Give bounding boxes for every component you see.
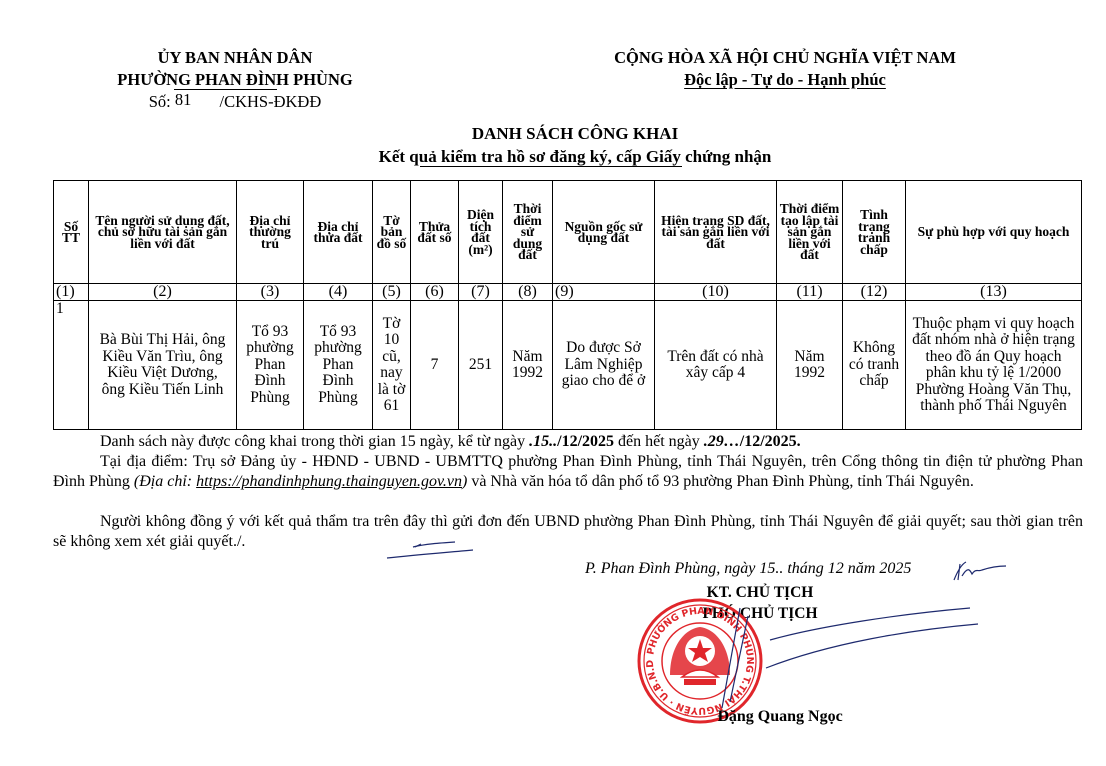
ref-code: /CKHS-ĐKĐĐ: [220, 92, 322, 111]
reference-number: Số: 81 /CKHS-ĐKĐĐ: [60, 91, 410, 113]
col-number: (8): [503, 284, 553, 301]
table-header-row: Số TT Tên người sử dụng đất, chủ sở hữu …: [54, 181, 1082, 284]
col-header-current-status: Hiện trạng SD đất, tài sản gắn liền với …: [655, 181, 777, 284]
document-title-block: DANH SÁCH CÔNG KHAI Kết quả kiểm tra hồ …: [200, 122, 950, 168]
cell-owner: Bà Bùi Thị Hải, ông Kiều Văn Trìu, ông K…: [89, 301, 237, 430]
notice-duration: Danh sách này được công khai trong thời …: [53, 432, 1083, 452]
ref-number: 81: [175, 90, 192, 109]
national-header: CỘNG HÒA XÃ HỘI CHỦ NGHĨA VIỆT NAM Độc l…: [570, 47, 1000, 91]
document-subtitle: Kết quả kiểm tra hồ sơ đăng ký, cấp Giấy…: [200, 145, 950, 168]
col-header-dispute: Tình trạng tranh chấp: [843, 181, 906, 284]
place-and-date: P. Phan Đình Phùng, ngày 15.. tháng 12 n…: [585, 560, 945, 578]
col-number: (12): [843, 284, 906, 301]
end-day: .29…: [704, 433, 740, 450]
col-header-area: Diện tích đất (m²): [459, 181, 503, 284]
col-header-asset-time: Thời điểm tạo lập tài sản gắn liền với đ…: [777, 181, 843, 284]
col-number: (3): [237, 284, 304, 301]
col-header-parcel-no: Thửa đất số: [411, 181, 459, 284]
start-date-rest: /12/2025: [557, 433, 614, 450]
col-header-origin: Nguồn gốc sử dụng đất: [553, 181, 655, 284]
issuing-agency-block: ỦY BAN NHÂN DÂN PHƯỜNG PHAN ĐÌNH PHÙNG S…: [60, 47, 410, 113]
col-header-map-sheet: Tờ bản đồ số: [373, 181, 411, 284]
notice-location-text-2: và Nhà văn hóa tổ dân phố tổ 93 phường P…: [467, 473, 974, 490]
notice-duration-text: Danh sách này được công khai trong thời …: [100, 433, 529, 450]
col-header-use-time: Thời điểm sử dụng đất: [503, 181, 553, 284]
ward-underline: [174, 89, 277, 90]
cell-parcel-address: Tổ 93 phường Phan Đình Phùng: [304, 301, 373, 430]
col-number: (2): [89, 284, 237, 301]
col-header-owner: Tên người sử dụng đất, chủ sở hữu tài sả…: [89, 181, 237, 284]
nation-name: CỘNG HÒA XÃ HỘI CHỦ NGHĨA VIỆT NAM: [570, 47, 1000, 69]
document-title: DANH SÁCH CÔNG KHAI: [200, 122, 950, 145]
cell-use-time: Năm 1992: [503, 301, 553, 430]
end-date-rest: /12/2025.: [740, 433, 801, 450]
cell-planning: Thuộc phạm vi quy hoạch đất nhóm nhà ở h…: [906, 301, 1082, 430]
col-number: (10): [655, 284, 777, 301]
agency-name: ỦY BAN NHÂN DÂN: [60, 47, 410, 69]
cell-asset-time: Năm 1992: [777, 301, 843, 430]
cell-dispute: Không có tranh chấp: [843, 301, 906, 430]
col-number: (4): [304, 284, 373, 301]
ref-label: Số:: [149, 92, 171, 111]
col-number: (7): [459, 284, 503, 301]
col-number: (1): [54, 284, 89, 301]
ward-name: PHƯỜNG PHAN ĐÌNH PHÙNG: [60, 69, 410, 91]
initial-mark-icon: [385, 538, 475, 562]
cell-parcel-no: 7: [411, 301, 459, 430]
col-number: (11): [777, 284, 843, 301]
col-number: (9): [553, 284, 655, 301]
cell-map-sheet: Tờ 10 cũ, nay là tờ 61: [373, 301, 411, 430]
table-row: 1 Bà Bùi Thị Hải, ông Kiều Văn Trìu, ông…: [54, 301, 1082, 430]
address-label: (Địa chỉ:: [134, 473, 196, 490]
col-number: (5): [373, 284, 411, 301]
public-list-table: Số TT Tên người sử dụng đất, chủ sở hữu …: [53, 180, 1082, 430]
cell-current-status: Trên đất có nhà xây cấp 4: [655, 301, 777, 430]
notice-location: Tại địa điểm: Trụ sở Đảng ủy - HĐND - UB…: [53, 452, 1083, 492]
cell-area: 251: [459, 301, 503, 430]
signer-name: Đặng Quang Ngọc: [700, 708, 860, 726]
col-header-residence: Địa chỉ thường trú: [237, 181, 304, 284]
column-number-row: (1) (2) (3) (4) (5) (6) (7) (8) (9) (10)…: [54, 284, 1082, 301]
cell-stt: 1: [54, 301, 89, 430]
portal-link[interactable]: https://phandinhphung.thainguyen.gov.vn: [196, 473, 462, 490]
col-number: (6): [411, 284, 459, 301]
notice-objection: Người không đồng ý với kết quả thẩm tra …: [53, 512, 1083, 552]
subtitle-underline: [420, 166, 682, 167]
col-header-planning: Sự phù hợp với quy hoạch: [906, 181, 1082, 284]
handwritten-signature-icon: [720, 598, 980, 718]
col-header-stt: Số TT: [54, 181, 89, 284]
cell-origin: Do được Sở Lâm Nghiệp giao cho để ở: [553, 301, 655, 430]
national-motto: Độc lập - Tự do - Hạnh phúc: [570, 69, 1000, 91]
cell-residence: Tổ 93 phường Phan Đình Phùng: [237, 301, 304, 430]
notice-duration-text-2: đến hết ngày: [614, 433, 704, 450]
col-number: (13): [906, 284, 1082, 301]
start-day: .15..: [529, 433, 557, 450]
col-header-parcel-address: Địa chỉ thửa đất: [304, 181, 373, 284]
initial-signature-icon: [948, 558, 1008, 586]
